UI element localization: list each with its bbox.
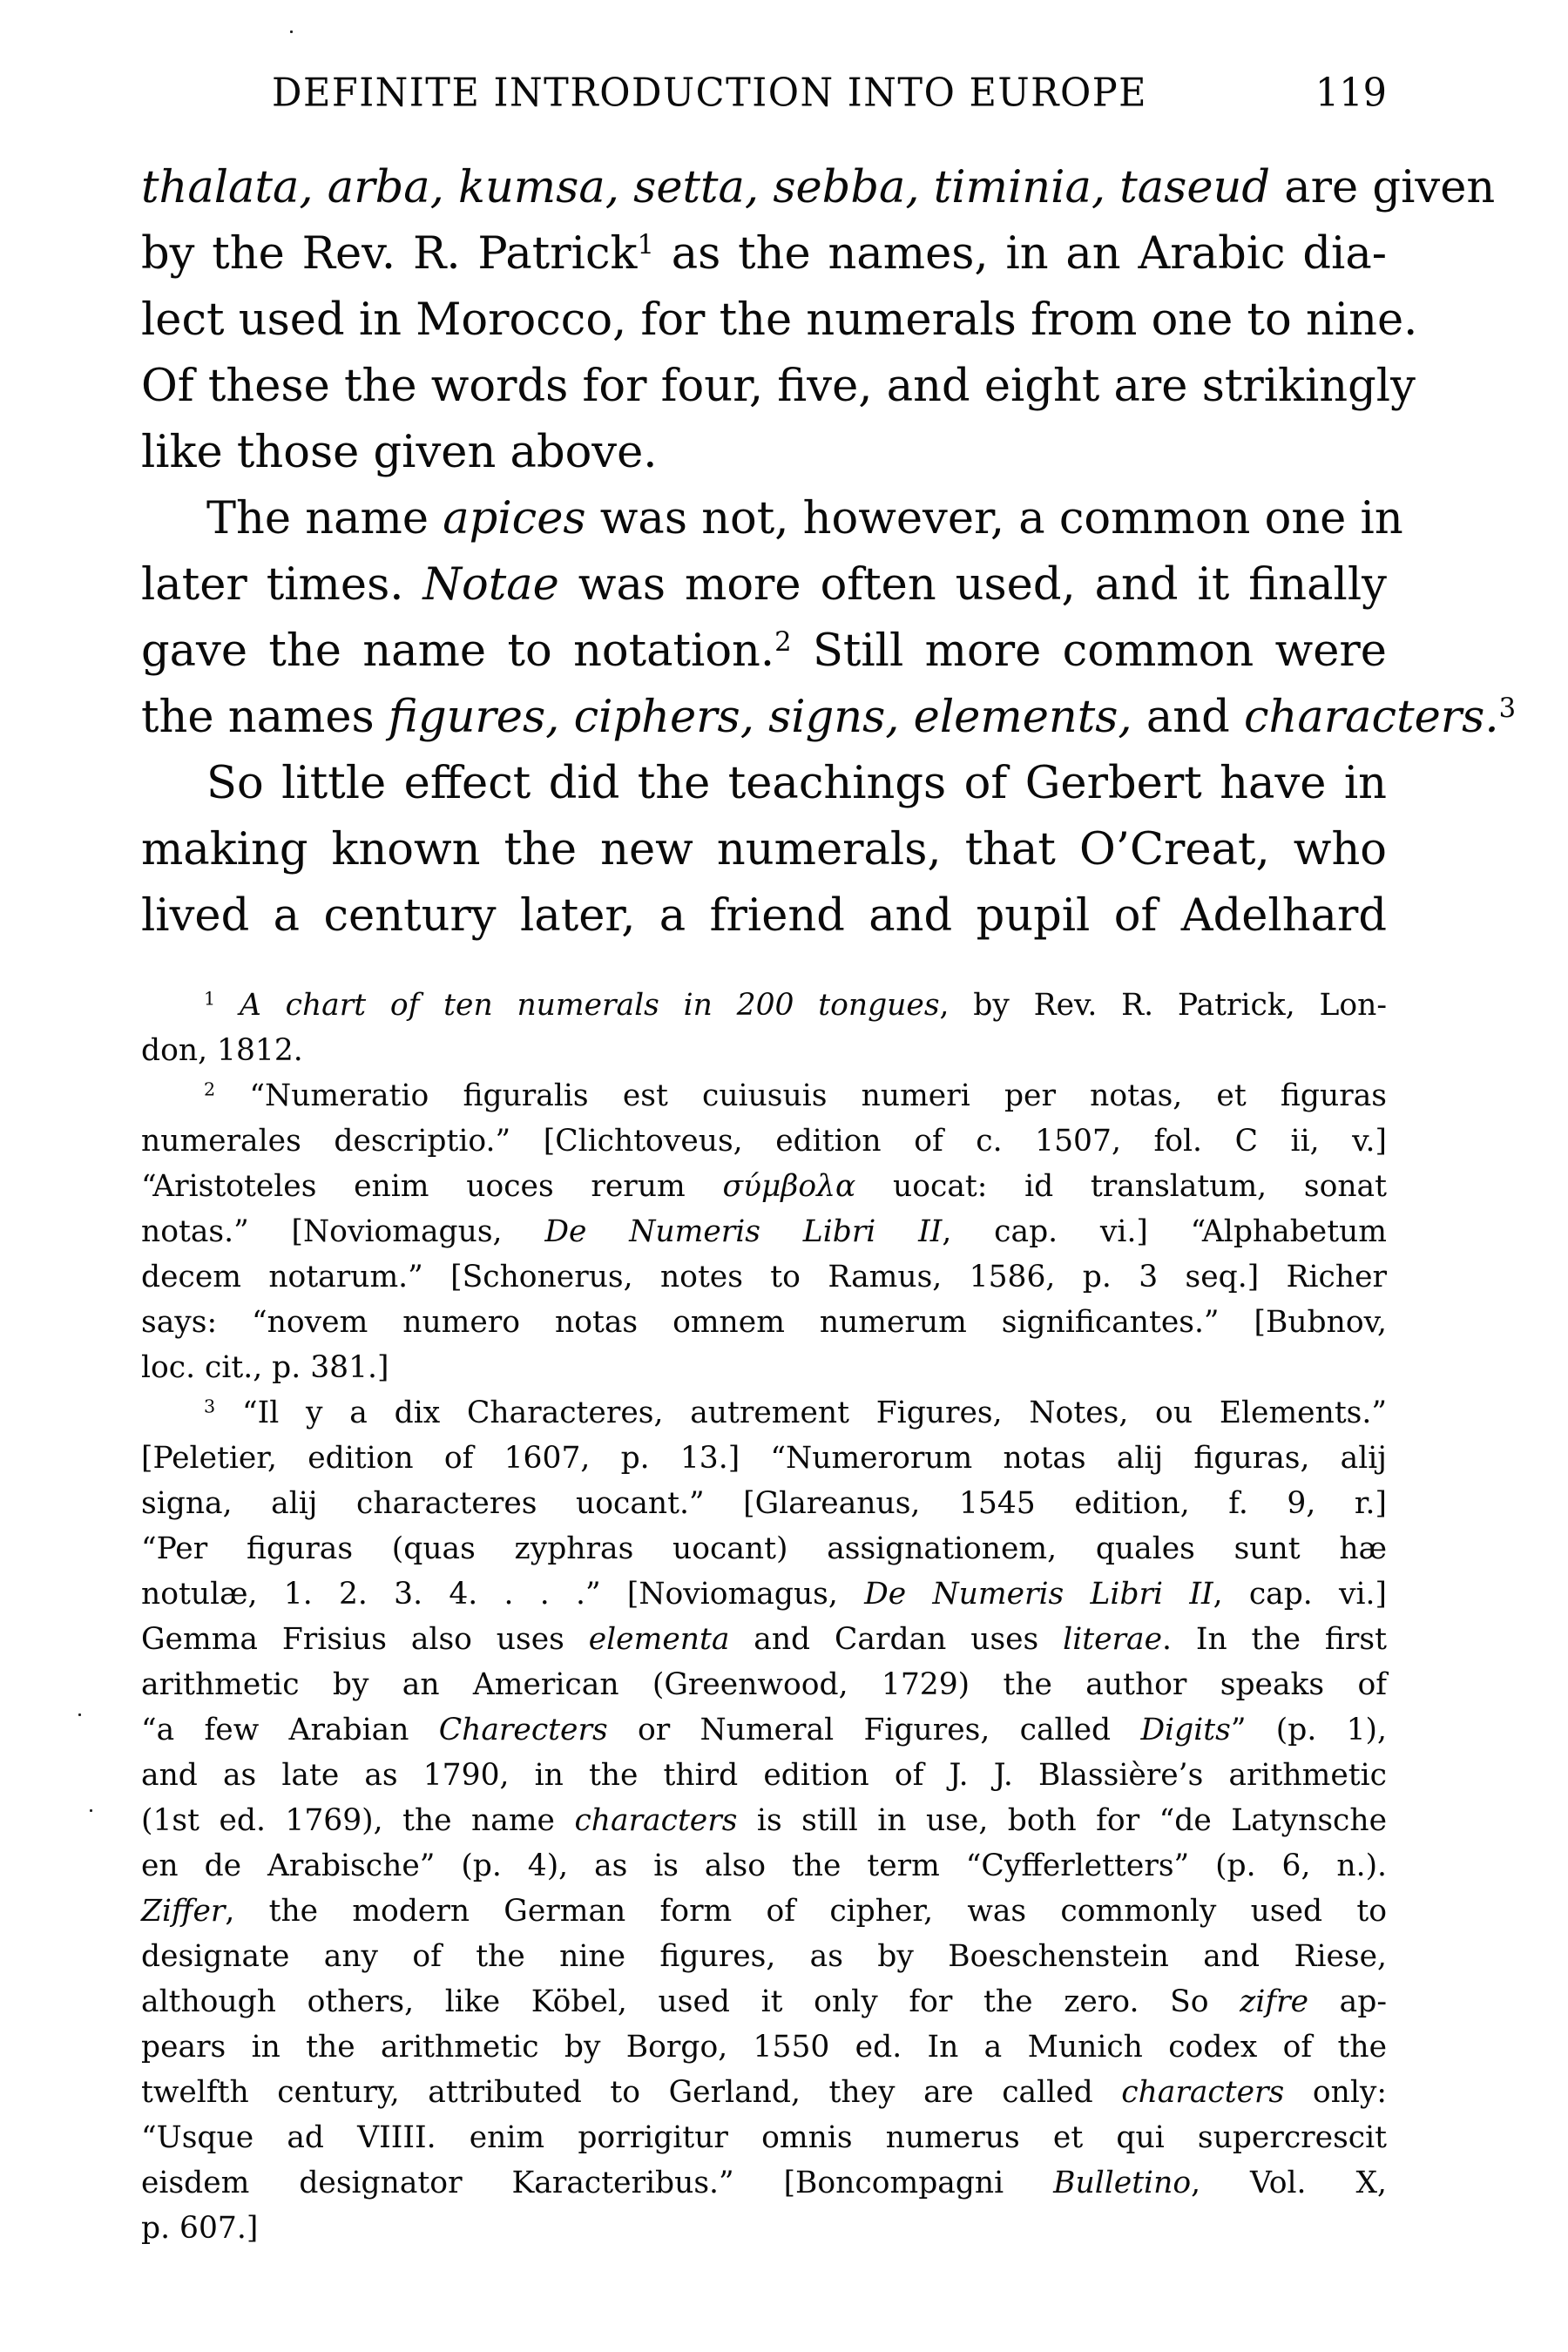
footnote-line: notas.” [Noviomagus, De Numeris Libri II…: [141, 1209, 1387, 1254]
text-run: and: [1132, 692, 1244, 743]
footnote-line: en de Arabische” (p. 4), as is also the …: [141, 1843, 1387, 1889]
text-run: decem notarum.” [Schonerus, notes to Ram…: [141, 1260, 1387, 1294]
footnote-marker: 3: [1499, 693, 1516, 724]
text-run: is still in use, both for “de Latynsche: [737, 1803, 1387, 1838]
text-run: signa, alij characteres uocant.” [Glarea…: [141, 1486, 1387, 1521]
text-run: “Per figuras (quas zyphras uocant) assig…: [141, 1531, 1387, 1566]
footnotes: 1 A chart of ten numerals in 200 tongues…: [141, 983, 1387, 2251]
text-run: ” (p. 1),: [1231, 1713, 1387, 1747]
body-line: So little effect did the teachings of Ge…: [141, 751, 1387, 817]
text-run: are given: [1270, 162, 1495, 213]
italic-run: Digits: [1140, 1713, 1230, 1747]
text-run: pears in the arithmetic by Borgo, 1550 e…: [141, 2030, 1387, 2065]
text-run: and as late as 1790, in the third editio…: [141, 1758, 1387, 1793]
footnote-line: although others, like Köbel, used it onl…: [141, 1979, 1387, 2024]
italic-run: apices: [443, 493, 585, 544]
italic-run: A chart of ten numerals in 200 tongues: [240, 988, 940, 1023]
text-run: numerales descriptio.” [Clichtoveus, edi…: [141, 1124, 1387, 1159]
page-number: 119: [1315, 71, 1387, 117]
footnote-line: 3 “Il y a dix Characteres, autrement Fig…: [141, 1390, 1387, 1436]
footnote-marker: 1: [637, 230, 653, 260]
text-run: ap-: [1308, 1984, 1387, 2019]
footnote-line: “a few Arabian Charecters or Numeral Fig…: [141, 1707, 1387, 1753]
text-run: The name: [206, 493, 443, 544]
text-run: So little effect did the teachings of Ge…: [206, 758, 1387, 809]
text-run: only:: [1284, 2075, 1387, 2110]
body-text: thalata, arba, kumsa, setta, sebba, timi…: [141, 155, 1387, 950]
footnote-line: pears in the arithmetic by Borgo, 1550 e…: [141, 2024, 1387, 2070]
body-line: gave the name to notation.2 Still more c…: [141, 618, 1387, 685]
text-run: the names: [141, 692, 389, 743]
italic-run: literae: [1063, 1622, 1162, 1657]
text-run: notulæ, 1. 2. 3. 4. . . .” [Noviomagus,: [141, 1577, 864, 1612]
text-run: , cap. vi.]: [1213, 1577, 1387, 1612]
text-run: by the Rev. R. Patrick: [141, 228, 637, 280]
footnote-line: and as late as 1790, in the third editio…: [141, 1753, 1387, 1798]
footnote-line: Gemma Frisius also uses elementa and Car…: [141, 1617, 1387, 1662]
text-run: p. 607.]: [141, 2211, 258, 2246]
text-run: . In the first: [1162, 1622, 1387, 1657]
body-line: by the Rev. R. Patrick1 as the names, in…: [141, 221, 1387, 287]
text-run: twelfth century, attributed to Gerland, …: [141, 2075, 1121, 2110]
footnote-marker: 2: [774, 627, 791, 658]
italic-run: Bulletino: [1053, 2166, 1191, 2200]
italic-run: De Numeris Libri II: [864, 1577, 1213, 1612]
text-run: notas.” [Noviomagus,: [141, 1214, 544, 1249]
text-run: as the names, in an Arabic dia-: [654, 228, 1387, 280]
italic-run: characters: [1121, 2075, 1284, 2110]
footnote-marker: 1: [204, 989, 215, 1010]
text-run: gave the name to notation.: [141, 625, 774, 677]
text-run: , by Rev. R. Patrick, Lon-: [940, 988, 1387, 1023]
footnote-line: p. 607.]: [141, 2206, 1387, 2251]
text-run: loc. cit., p. 381.]: [141, 1350, 389, 1385]
text-run: Gemma Frisius also uses: [141, 1622, 589, 1657]
footnote-line: Ziffer, the modern German form of cipher…: [141, 1889, 1387, 1934]
body-line: lect used in Morocco, for the numerals f…: [141, 287, 1387, 354]
body-line: Of these the words for four, five, and e…: [141, 354, 1387, 420]
text-run: eisdem designator Karacteribus.” [Boncom…: [141, 2166, 1053, 2200]
footnote-line: eisdem designator Karacteribus.” [Boncom…: [141, 2160, 1387, 2206]
text-run: (1st ed. 1769), the name: [141, 1803, 574, 1838]
text-run: and Cardan uses: [729, 1622, 1063, 1657]
running-title: DEFINITE INTRODUCTION INTO EUROPE: [272, 71, 1147, 117]
text-run: Of these the words for four, five, and e…: [141, 361, 1416, 412]
text-run: , Vol. X,: [1191, 2166, 1387, 2200]
text-run: although others, like Köbel, used it onl…: [141, 1984, 1240, 2019]
footnote-line: don, 1812.: [141, 1028, 1387, 1073]
stray-ink-mark: [78, 1713, 81, 1716]
footnote-line: signa, alij characteres uocant.” [Glarea…: [141, 1481, 1387, 1526]
footnote-marker: 3: [204, 1396, 215, 1417]
text-run: arithmetic by an American (Greenwood, 17…: [141, 1667, 1387, 1702]
text-run: designate any of the nine figures, as by…: [141, 1939, 1387, 1974]
footnote-line: “Usque ad VIIII. enim porrigitur omnis n…: [141, 2115, 1387, 2160]
footnote-marker: 2: [204, 1079, 215, 1100]
footnote-line: (1st ed. 1769), the name characters is s…: [141, 1798, 1387, 1843]
footnote-line: loc. cit., p. 381.]: [141, 1345, 1387, 1390]
italic-run: thalata, arba, kumsa, setta, sebba, timi…: [141, 162, 1270, 213]
stray-ink-mark: [90, 1809, 92, 1812]
body-line: lived a century later, a friend and pupi…: [141, 883, 1387, 950]
footnote-line: arithmetic by an American (Greenwood, 17…: [141, 1662, 1387, 1707]
text-run: lect used in Morocco, for the numerals f…: [141, 294, 1417, 346]
text-run: like those given above.: [141, 427, 658, 478]
stray-ink-mark: [290, 30, 293, 33]
footnote-line: numerales descriptio.” [Clichtoveus, edi…: [141, 1119, 1387, 1164]
footnote-line: 1 A chart of ten numerals in 200 tongues…: [141, 983, 1387, 1028]
footnote-line: “Per figuras (quas zyphras uocant) assig…: [141, 1526, 1387, 1571]
body-line: the names figures, ciphers, signs, eleme…: [141, 685, 1387, 751]
book-page: DEFINITE INTRODUCTION INTO EUROPE 119 th…: [0, 0, 1568, 2352]
italic-run: characters.: [1244, 692, 1499, 743]
italic-run: Charecters: [439, 1713, 608, 1747]
italic-run: characters: [574, 1803, 737, 1838]
text-run: “Numeratio figuralis est cuiusuis numeri…: [215, 1078, 1387, 1113]
footnote-line: designate any of the nine figures, as by…: [141, 1934, 1387, 1979]
body-line: making known the new numerals, that O’Cr…: [141, 817, 1387, 883]
footnote-line: notulæ, 1. 2. 3. 4. . . .” [Noviomagus, …: [141, 1571, 1387, 1617]
italic-run: Ziffer: [141, 1894, 225, 1929]
footnote-line: says: “novem numero notas omnem numerum …: [141, 1300, 1387, 1345]
text-run: [215, 988, 240, 1023]
footnote-line: “Aristoteles enim uoces rerum σύμβολα uo…: [141, 1164, 1387, 1209]
text-run: en de Arabische” (p. 4), as is also the …: [141, 1848, 1387, 1883]
text-run: or Numeral Figures, called: [608, 1713, 1141, 1747]
running-head: DEFINITE INTRODUCTION INTO EUROPE 119: [272, 71, 1387, 125]
body-line: later times. Notae was more often used, …: [141, 552, 1387, 618]
text-run: , cap. vi.] “Alphabetum: [942, 1214, 1387, 1249]
footnote-line: 2 “Numeratio figuralis est cuiusuis nume…: [141, 1073, 1387, 1119]
text-run: “a few Arabian: [141, 1713, 439, 1747]
italic-run: figures, ciphers, signs, elements,: [389, 692, 1132, 743]
italic-run: elementa: [589, 1622, 730, 1657]
text-run: lived a century later, a friend and pupi…: [141, 890, 1387, 942]
footnote-line: twelfth century, attributed to Gerland, …: [141, 2070, 1387, 2115]
text-run: don, 1812.: [141, 1033, 303, 1068]
text-run: says: “novem numero notas omnem numerum …: [141, 1305, 1387, 1340]
text-run: “Il y a dix Characteres, autrement Figur…: [215, 1396, 1387, 1430]
footnote-line: [Peletier, edition of 1607, p. 13.] “Num…: [141, 1436, 1387, 1481]
footnote-line: decem notarum.” [Schonerus, notes to Ram…: [141, 1254, 1387, 1300]
text-run: Still more common were: [792, 625, 1387, 677]
text-run: , the modern German form of cipher, was …: [225, 1894, 1387, 1929]
text-run: “Aristoteles enim uoces rerum: [141, 1169, 722, 1204]
text-run: later times.: [141, 559, 422, 611]
text-run: was not, however, a common one in: [586, 493, 1403, 544]
text-run: “Usque ad VIIII. enim porrigitur omnis n…: [141, 2120, 1387, 2155]
text-run: uocat: id translatum, sonat: [855, 1169, 1387, 1204]
italic-run: Notae: [422, 559, 558, 611]
text-run: [Peletier, edition of 1607, p. 13.] “Num…: [141, 1441, 1387, 1476]
text-run: making known the new numerals, that O’Cr…: [141, 824, 1387, 875]
italic-run: zifre: [1240, 1984, 1308, 2019]
italic-run: σύμβολα: [722, 1169, 855, 1204]
body-line: thalata, arba, kumsa, setta, sebba, timi…: [141, 155, 1387, 221]
text-run: was more often used, and it finally: [559, 559, 1387, 611]
italic-run: De Numeris Libri II: [544, 1214, 942, 1249]
body-line: The name apices was not, however, a comm…: [141, 486, 1387, 552]
body-line: like those given above.: [141, 420, 1387, 486]
